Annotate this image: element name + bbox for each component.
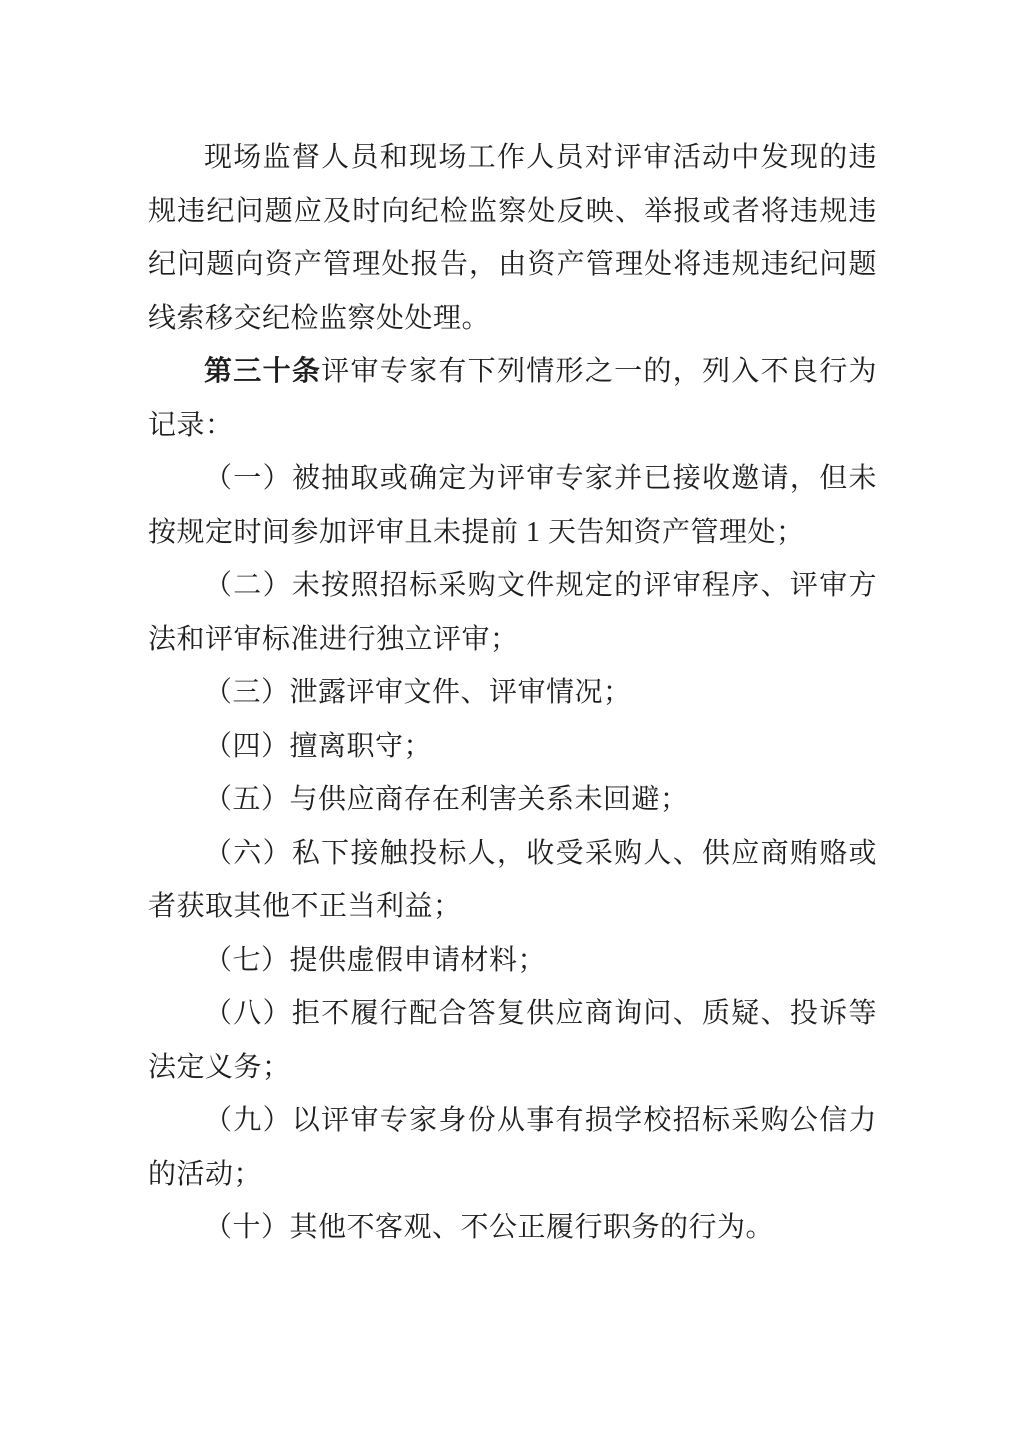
item-4: （四）擅离职守； — [148, 720, 877, 774]
item-10: （十）其他不客观、不公正履行职务的行为。 — [148, 1201, 877, 1255]
article-number: 第三十条 — [204, 356, 321, 387]
item-6: （六）私下接触投标人，收受采购人、供应商贿赂或者获取其他不正当利益； — [148, 827, 877, 934]
document-page: 现场监督人员和现场工作人员对评审活动中发现的违规违纪问题应及时向纪检监察处反映、… — [0, 0, 1024, 1448]
item-3: （三）泄露评审文件、评审情况； — [148, 666, 877, 720]
item-7: （七）提供虚假申请材料； — [148, 934, 877, 988]
item-2: （二）未按照招标采购文件规定的评审程序、评审方法和评审标准进行独立评审； — [148, 559, 877, 666]
item-5: （五）与供应商存在利害关系未回避； — [148, 773, 877, 827]
item-1: （一）被抽取或确定为评审专家并已接收邀请，但未按规定时间参加评审且未提前 1 天… — [148, 452, 877, 559]
document-content: 现场监督人员和现场工作人员对评审活动中发现的违规违纪问题应及时向纪检监察处反映、… — [148, 131, 877, 1255]
item-9: （九）以评审专家身份从事有损学校招标采购公信力的活动； — [148, 1094, 877, 1201]
body-paragraph-supervision: 现场监督人员和现场工作人员对评审活动中发现的违规违纪问题应及时向纪检监察处反映、… — [148, 131, 877, 345]
item-8: （八）拒不履行配合答复供应商询问、质疑、投诉等法定义务； — [148, 987, 877, 1094]
article-30-paragraph: 第三十条评审专家有下列情形之一的，列入不良行为记录： — [148, 345, 877, 452]
